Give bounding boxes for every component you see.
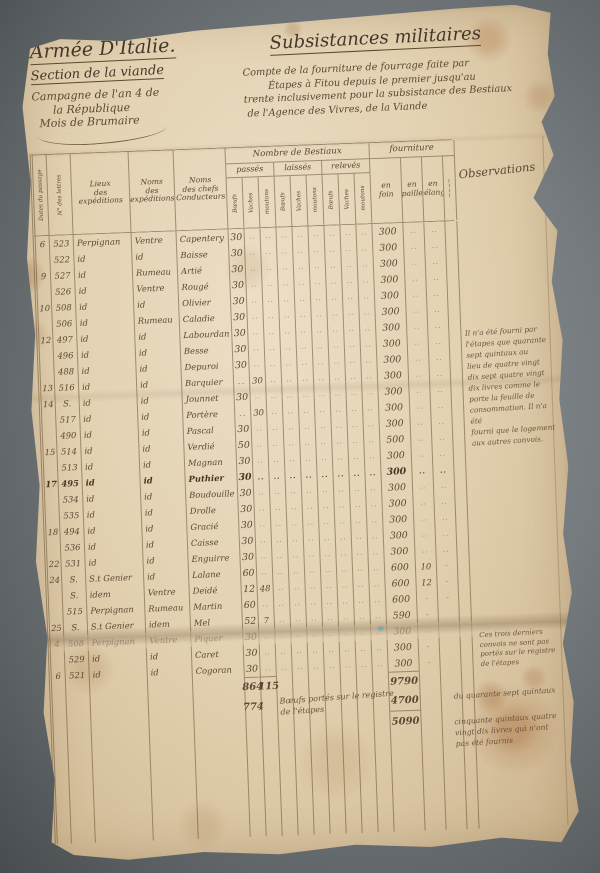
table-cell: S.: [55, 395, 80, 412]
table-cell: ..: [359, 288, 376, 305]
table-cell: ..: [329, 353, 346, 370]
table-cell: [438, 605, 460, 622]
table-cell: [420, 690, 442, 711]
table-cell: [420, 670, 442, 691]
table-cell: ..: [328, 337, 345, 354]
table-cell: ..: [367, 512, 384, 529]
table-cell: ..: [272, 547, 289, 564]
table-cell: ..: [308, 226, 325, 243]
table-cell: ..: [288, 531, 305, 548]
table-cell: ..: [351, 512, 368, 529]
table-cell: ..: [278, 275, 295, 292]
table-cell: ..: [404, 238, 426, 255]
table-cell: [441, 669, 463, 690]
header-chef: Noms des chefs Conducteurs: [174, 148, 229, 230]
table-cell: ..: [341, 241, 358, 258]
table-cell: ..: [429, 349, 451, 366]
table-cell: ..: [342, 257, 359, 274]
table-cell: 300: [382, 495, 414, 512]
table-cell: [278, 715, 295, 736]
table-cell: ..: [405, 270, 427, 287]
table-cell: 30: [233, 357, 250, 374]
table-cell: [148, 679, 194, 701]
table-cell: 30: [244, 660, 261, 677]
table-cell: ..: [430, 381, 452, 398]
table-cell: ..: [370, 608, 387, 625]
table-cell: -: [419, 638, 441, 655]
table-cell: 15: [43, 444, 58, 461]
table-cell: id: [140, 455, 186, 473]
header-moutons: moutons: [259, 177, 277, 228]
table-cell: 534: [59, 491, 84, 508]
table-cell: ..: [430, 365, 452, 382]
table-cell: [149, 719, 195, 741]
table-cell: ..: [424, 221, 446, 238]
table-cell: ..: [246, 276, 263, 293]
table-cell: 496: [54, 347, 79, 364]
table-cell: [91, 701, 150, 723]
table-cell: ..: [284, 435, 301, 452]
table-cell: ..: [254, 500, 271, 517]
table-cell: ..: [262, 276, 279, 293]
table-cell: 17: [44, 476, 59, 493]
table-cell: ..: [363, 400, 380, 417]
table-cell: ..: [234, 373, 251, 390]
table-cell: S.: [64, 619, 89, 636]
table-cell: ..: [298, 370, 315, 387]
observations-header: Observations: [458, 159, 536, 181]
table-cell: ..: [340, 225, 357, 242]
table-cell: id: [136, 359, 182, 377]
table-cell: [40, 348, 55, 365]
header-vaches: Vaches: [291, 175, 309, 226]
table-cell: [48, 588, 63, 605]
table-cell: [326, 714, 343, 735]
table-cell: ..: [347, 401, 364, 418]
table-cell: ..: [436, 541, 458, 558]
table-cell: 30: [231, 293, 248, 310]
table-cell: ..: [369, 576, 386, 593]
table-cell: ..: [286, 483, 303, 500]
table-cell: ..: [319, 514, 336, 531]
table-cell: ..: [410, 414, 432, 431]
table-main-columns: Dates du passage N° des lettres Lieux de…: [30, 139, 477, 844]
table-cell: ..: [331, 417, 348, 434]
table-cell: ..: [298, 386, 315, 403]
table-cell: ..: [235, 405, 252, 422]
table-cell: Caisse: [188, 533, 241, 551]
table-cell: ..: [302, 482, 319, 499]
table-cell: ..: [247, 292, 264, 309]
table-cell: 6: [51, 668, 66, 685]
table-cell: 300: [383, 511, 415, 528]
table-cell: ..: [320, 546, 337, 563]
table-cell: ..: [264, 324, 281, 341]
table-cell: ..: [251, 420, 268, 437]
table-cell: ..: [360, 336, 377, 353]
table-cell: 515: [63, 603, 88, 620]
table-cell: 24: [48, 572, 63, 589]
table-cell: ..: [360, 320, 377, 337]
header-melange: en mélange: [422, 156, 445, 221]
table-cell: [294, 715, 311, 736]
table-cell: 10: [416, 558, 438, 575]
table-cell: ..: [434, 477, 456, 494]
campaign-lines: Campagne de l'an 4 de la République Mois…: [31, 83, 237, 131]
table-cell: Rumeau: [134, 311, 180, 329]
photo-background: { "colors":{"paper":"#e3d2b2","ink":"#5d…: [0, 0, 600, 873]
table-cell: Olivier: [179, 293, 232, 311]
table-cell: ..: [294, 258, 311, 275]
table-cell: ..: [368, 544, 385, 561]
table-cell: 506: [53, 315, 78, 332]
table-cell: ..: [257, 564, 274, 581]
table-cell: ..: [252, 436, 269, 453]
table-cell: ..: [263, 308, 280, 325]
table-cell: ..: [326, 273, 343, 290]
table-cell: 526: [51, 283, 76, 300]
table-cell: ..: [340, 641, 357, 658]
table-cell: ..: [322, 594, 339, 611]
table-cell: -: [417, 606, 439, 623]
table-cell: [440, 653, 462, 670]
table-cell: 774: [246, 696, 263, 717]
table-cell: 30: [238, 501, 255, 518]
table-cell: 300: [387, 623, 419, 640]
table-cell: [357, 672, 374, 693]
table-cell: [67, 703, 92, 724]
table-cell: ..: [330, 369, 347, 386]
table-cell: Depuroi: [181, 357, 234, 375]
table-cell: 30: [233, 341, 250, 358]
table-cell: ..: [305, 578, 322, 595]
table-cell: ..: [346, 369, 363, 386]
table-cell: ..: [350, 497, 367, 514]
table-cell: 300: [376, 335, 408, 352]
table-cell: ..: [412, 462, 434, 479]
table-cell: ..: [368, 528, 385, 545]
table-cell: ..: [287, 515, 304, 532]
table-cell: [310, 714, 327, 735]
table-cell: 600: [385, 575, 417, 592]
account-paragraph: Compte de la fourniture de fourrage fait…: [242, 54, 544, 121]
table-cell: ..: [289, 579, 306, 596]
table-cell: ..: [321, 578, 338, 595]
table-cell: 30: [251, 404, 268, 421]
table-cell: ..: [431, 413, 453, 430]
table-cell: [278, 695, 295, 716]
table-cell: id: [147, 647, 193, 665]
table-cell: ..: [292, 643, 309, 660]
table-cell: ..: [280, 323, 297, 340]
table-cell: 300: [381, 463, 413, 480]
table-cell: ..: [303, 514, 320, 531]
header-lieu: Lieux des expéditions: [71, 152, 132, 234]
table-cell: 300: [377, 351, 409, 368]
table-cell: ..: [295, 290, 312, 307]
table-cell: ..: [365, 464, 382, 481]
table-cell: 522: [50, 251, 75, 268]
table-cell: 600: [385, 559, 417, 576]
table-cell: ..: [267, 403, 284, 420]
table-cell: ..: [332, 433, 349, 450]
table-cell: [442, 709, 464, 730]
table-cell: 52: [243, 613, 260, 630]
table-cell: ..: [297, 354, 314, 371]
table-cell: ..: [256, 548, 273, 565]
table-cell: ..: [277, 243, 294, 260]
table-cell: ..: [267, 419, 284, 436]
table-cell: 300: [388, 655, 420, 672]
table-cell: S.: [62, 587, 87, 604]
table-cell: ..: [343, 305, 360, 322]
table-cell: ..: [425, 253, 447, 270]
table-cell: id: [132, 247, 178, 265]
table-cell: ..: [316, 434, 333, 451]
table-cell: ..: [327, 289, 344, 306]
table-cell: ..: [281, 339, 298, 356]
table-cell: ..: [295, 306, 312, 323]
table-cell: -: [437, 557, 459, 574]
table-cell: id: [141, 503, 187, 521]
table-cell: ..: [361, 352, 378, 369]
table-cell: ..: [299, 402, 316, 419]
table-cell: ..: [321, 562, 338, 579]
table-cell: ..: [285, 451, 302, 468]
table-cell: ..: [262, 260, 279, 277]
table-cell: [326, 694, 343, 715]
table-cell: Rougé: [178, 277, 231, 295]
table-cell: ..: [294, 274, 311, 291]
table-cell: ..: [370, 592, 387, 609]
table-cell: [342, 693, 359, 714]
table-cell: ..: [286, 499, 303, 516]
table-cell: ..: [274, 595, 291, 612]
table-cell: ..: [304, 530, 321, 547]
table-cell: [294, 695, 311, 716]
table-cell: ..: [365, 448, 382, 465]
table-cell: ..: [255, 516, 272, 533]
header-moutons: moutons: [355, 173, 373, 224]
table-cell: ..: [290, 595, 307, 612]
document-page: 78-1 Armée D'Italie. Section de la viand…: [11, 3, 583, 864]
table-cell: [91, 721, 150, 743]
table-cell: 10: [38, 300, 53, 317]
table-cell: [66, 683, 91, 704]
table-cell: ..: [305, 562, 322, 579]
table-cell: ..: [415, 542, 437, 559]
table-cell: id: [137, 391, 183, 409]
table-cell: 536: [61, 539, 86, 556]
table-cell: ..: [407, 334, 429, 351]
table-cell: 7: [259, 612, 276, 629]
table-cell: ..: [414, 526, 436, 543]
table-cell: ..: [425, 237, 447, 254]
table-cell: ..: [433, 461, 455, 478]
table-cell: ..: [273, 579, 290, 596]
table-cell: ..: [322, 610, 339, 627]
table-cell: ..: [337, 561, 354, 578]
table-cell: 300: [382, 479, 414, 496]
table-cell: ..: [324, 658, 341, 675]
table-cell: Jounnet: [182, 389, 235, 407]
table-cell: ..: [372, 656, 389, 673]
table-cell: ..: [411, 430, 433, 447]
table-cell: ..: [265, 356, 282, 373]
table-cell: [373, 672, 390, 693]
table-cell: -: [419, 654, 441, 671]
table-cell: ..: [369, 560, 386, 577]
table-cell: [262, 696, 279, 717]
table-cell: Caladie: [179, 309, 232, 327]
table-cell: ..: [320, 530, 337, 547]
table-cell: ..: [364, 432, 381, 449]
empty-cell: [150, 739, 199, 841]
table-cell: 514: [57, 443, 82, 460]
table-cell: Gracié: [187, 517, 240, 535]
table-cell: [39, 316, 54, 333]
table-cell: ..: [247, 308, 264, 325]
table-cell: 590: [386, 607, 418, 624]
table-cell: ..: [285, 467, 302, 484]
table-cell: ..: [268, 435, 285, 452]
table-cell: id: [143, 535, 189, 553]
table-cell: ..: [343, 289, 360, 306]
table-cell: ..: [291, 627, 308, 644]
table-cell: 50: [236, 437, 253, 454]
table-cell: 517: [56, 411, 81, 428]
table-cell: 508: [52, 299, 77, 316]
table-cell: Ventre: [132, 231, 178, 249]
table-cell: ..: [324, 225, 341, 242]
table-cell: 30: [237, 453, 254, 470]
header-right-block: Subsistances militaires Compte de la fou…: [241, 22, 544, 120]
table-cell: 4: [50, 636, 65, 653]
table-cell: ..: [334, 481, 351, 498]
table-cell: ..: [326, 257, 343, 274]
table-cell: ..: [276, 227, 293, 244]
table-cell: ..: [279, 307, 296, 324]
table-empty-rows: [51, 729, 476, 844]
table-cell: ..: [366, 480, 383, 497]
table-cell: 115: [261, 676, 278, 697]
table-cell: ..: [276, 643, 293, 660]
table-cell: ..: [253, 452, 270, 469]
table-cell: Ventre: [133, 279, 179, 297]
table-cell: [374, 692, 391, 713]
table-cell: ..: [356, 224, 373, 241]
table-cell: ..: [363, 416, 380, 433]
table-cell: ..: [409, 366, 431, 383]
table-cell: 535: [60, 507, 85, 524]
table-cell: ..: [290, 611, 307, 628]
table-cell: ..: [304, 546, 321, 563]
table-cell: Deidé: [189, 581, 242, 599]
table-cell: 300: [372, 223, 404, 240]
table-cell: ..: [300, 434, 317, 451]
table-cell: 300: [383, 527, 415, 544]
table-cell: Baisse: [177, 245, 230, 263]
header-foin: en foin: [370, 158, 403, 223]
table-cell: Artié: [178, 261, 231, 279]
header-boeufs: Bœufs: [227, 178, 245, 229]
table-cell: [53, 724, 68, 744]
table-cell: ..: [349, 465, 366, 482]
archive-number: 78-1: [20, 23, 49, 40]
table-cell: ..: [312, 322, 329, 339]
table-cell: 12: [416, 574, 438, 591]
table-body: 6 523 Perpignan Ventre Capentery 30 .. .…: [33, 221, 471, 684]
table-cell: [51, 652, 66, 669]
table-cell: 490: [57, 427, 82, 444]
table-cell: 48: [257, 580, 274, 597]
table-cell: Cogoran: [192, 661, 245, 679]
table-cell: ..: [406, 302, 428, 319]
table-cell: ..: [325, 241, 342, 258]
table-cell: ..: [302, 498, 319, 515]
table-cell: ..: [313, 354, 330, 371]
table-cell: 300: [374, 271, 406, 288]
table-cell: 513: [58, 459, 83, 476]
table-cell: 600: [386, 591, 418, 608]
table-cell: [53, 704, 68, 724]
table-cell: ..: [323, 626, 340, 643]
table-cell: Portère: [183, 405, 236, 423]
table-cell: ..: [275, 611, 292, 628]
table-cell: ..: [283, 419, 300, 436]
table-cell: ..: [311, 306, 328, 323]
table-cell: 508: [64, 635, 89, 652]
table-cell: ..: [293, 242, 310, 259]
table-cell: ..: [338, 609, 355, 626]
table-cell: Capentery: [176, 229, 229, 247]
empty-cell: [68, 743, 96, 844]
table-cell: id: [140, 471, 186, 489]
table-cell: ..: [318, 498, 335, 515]
table-cell: ..: [317, 450, 334, 467]
table-cell: 30: [231, 309, 248, 326]
table-cell: ..: [311, 290, 328, 307]
table-cell: ..: [345, 353, 362, 370]
table-cell: ..: [309, 242, 326, 259]
table-cell: 12: [39, 332, 54, 349]
table-cell: ..: [308, 658, 325, 675]
table-cell: 60: [241, 565, 258, 582]
table-cell: 30: [230, 261, 247, 278]
table-cell: ..: [269, 451, 286, 468]
table-cell: 300: [375, 303, 407, 320]
table-cell: ..: [269, 467, 286, 484]
table-cell: 300: [375, 287, 407, 304]
table-cell: ..: [245, 244, 262, 261]
table-cell: 30: [250, 372, 267, 389]
table-cell: ..: [354, 608, 371, 625]
table-cell: ..: [403, 222, 425, 239]
table-cell: [246, 716, 263, 737]
table-cell: ..: [427, 285, 449, 302]
table-cell: [52, 684, 67, 704]
table-cell: 497: [53, 331, 78, 348]
header-expediteur: Noms des expéditions: [129, 150, 177, 232]
table-header: Dates du passage N° des lettres Lieux de…: [30, 139, 455, 236]
table-cell: ..: [352, 544, 369, 561]
table-cell: ..: [346, 385, 363, 402]
table-cell: id: [139, 423, 185, 441]
table-cell: 531: [61, 555, 86, 572]
table-cell: ..: [271, 515, 288, 532]
table-cell: ..: [256, 532, 273, 549]
table-cell: Rumeau: [145, 599, 191, 617]
